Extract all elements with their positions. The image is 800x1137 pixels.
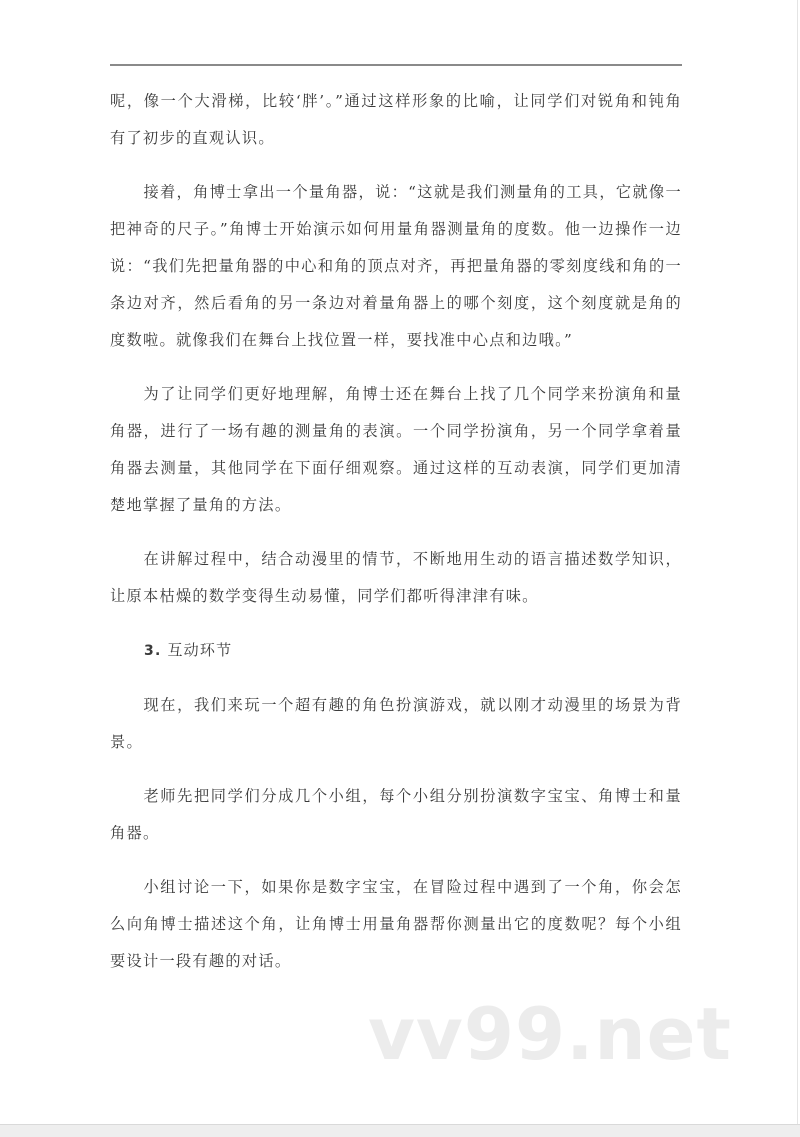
section-number: 3. [144, 643, 161, 659]
header-rule [110, 64, 682, 66]
watermark: vv99.net [368, 998, 732, 1070]
paragraph-protractor-intro: 接着，角博士拿出一个量角器，说：“这就是我们测量角的工具，它就像一把神奇的尺子。… [110, 174, 682, 359]
section-heading: 3.互动环节 [110, 632, 682, 670]
paragraph-roleplay-intro: 现在，我们来玩一个超有趣的角色扮演游戏，就以刚才动漫里的场景为背景。 [110, 687, 682, 761]
paragraph-group-division: 老师先把同学们分成几个小组，每个小组分别扮演数字宝宝、角博士和量角器。 [110, 778, 682, 852]
paragraph-group-discussion: 小组讨论一下，如果你是数字宝宝，在冒险过程中遇到了一个角，你会怎么向角博士描述这… [110, 869, 682, 980]
paragraph-explanation-summary: 在讲解过程中，结合动漫里的情节，不断地用生动的语言描述数学知识，让原本枯燥的数学… [110, 541, 682, 615]
paragraph-continuation: 呢，像一个大滑梯，比较‘胖’。”通过这样形象的比喻，让同学们对锐角和钝角有了初步… [110, 83, 682, 157]
section-title: 互动环节 [167, 641, 232, 659]
page-edge [797, 0, 798, 1125]
page-bottom-edge [0, 1124, 800, 1137]
document-body: 呢，像一个大滑梯，比较‘胖’。”通过这样形象的比喻，让同学们对锐角和钝角有了初步… [110, 83, 682, 997]
paragraph-stage-performance: 为了让同学们更好地理解，角博士还在舞台上找了几个同学来扮演角和量角器，进行了一场… [110, 376, 682, 524]
